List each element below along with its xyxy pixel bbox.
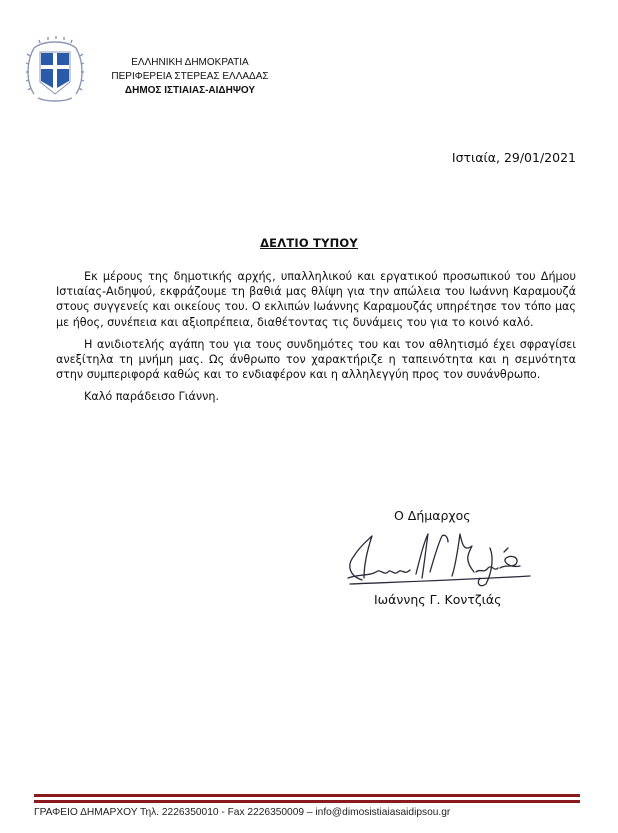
signatory-name: Ιωάννης Γ. Κοντζιάς [374, 592, 501, 607]
handwritten-signature-icon [340, 528, 535, 590]
footer-rule [34, 800, 580, 803]
signatory-role: Ο Δήμαρχος [394, 508, 471, 523]
paragraph: Η ανιδιοτελής αγάπη του για τους συνδημό… [56, 337, 576, 383]
document-title: ΔΕΛΤΙΟ ΤΥΠΟΥ [0, 236, 618, 250]
press-release-page: ΕΛΛΗΝΙΚΗ ΔΗΜΟΚΡΑΤΙΑ ΠΕΡΙΦΕΡΕΙΑ ΣΤΕΡΕΑΣ Ε… [0, 0, 618, 833]
body-text: Εκ μέρους της δημοτικής αρχής, υπαλληλικ… [56, 269, 576, 412]
letterhead: ΕΛΛΗΝΙΚΗ ΔΗΜΟΚΡΑΤΙΑ ΠΕΡΙΦΕΡΕΙΑ ΣΤΕΡΕΑΣ Ε… [100, 56, 280, 98]
footer-rule [34, 794, 580, 797]
greek-coat-of-arms-icon [24, 36, 86, 104]
letterhead-municipality: ΔΗΜΟΣ ΙΣΤΙΑΙΑΣ-ΑΙΔΗΨΟΥ [100, 84, 280, 98]
footer-contact: ΓΡΑΦΕΙΟ ΔΗΜΑΡΧΟΥ Τηλ. 2226350010 - Fax 2… [34, 807, 450, 818]
closing-paragraph: Καλό παράδεισο Γιάννη. [56, 389, 576, 404]
date-line: Ιστιαία, 29/01/2021 [452, 150, 576, 165]
letterhead-country: ΕΛΛΗΝΙΚΗ ΔΗΜΟΚΡΑΤΙΑ [100, 56, 280, 70]
paragraph: Εκ μέρους της δημοτικής αρχής, υπαλληλικ… [56, 269, 576, 330]
letterhead-region: ΠΕΡΙΦΕΡΕΙΑ ΣΤΕΡΕΑΣ ΕΛΛΑΔΑΣ [100, 70, 280, 84]
